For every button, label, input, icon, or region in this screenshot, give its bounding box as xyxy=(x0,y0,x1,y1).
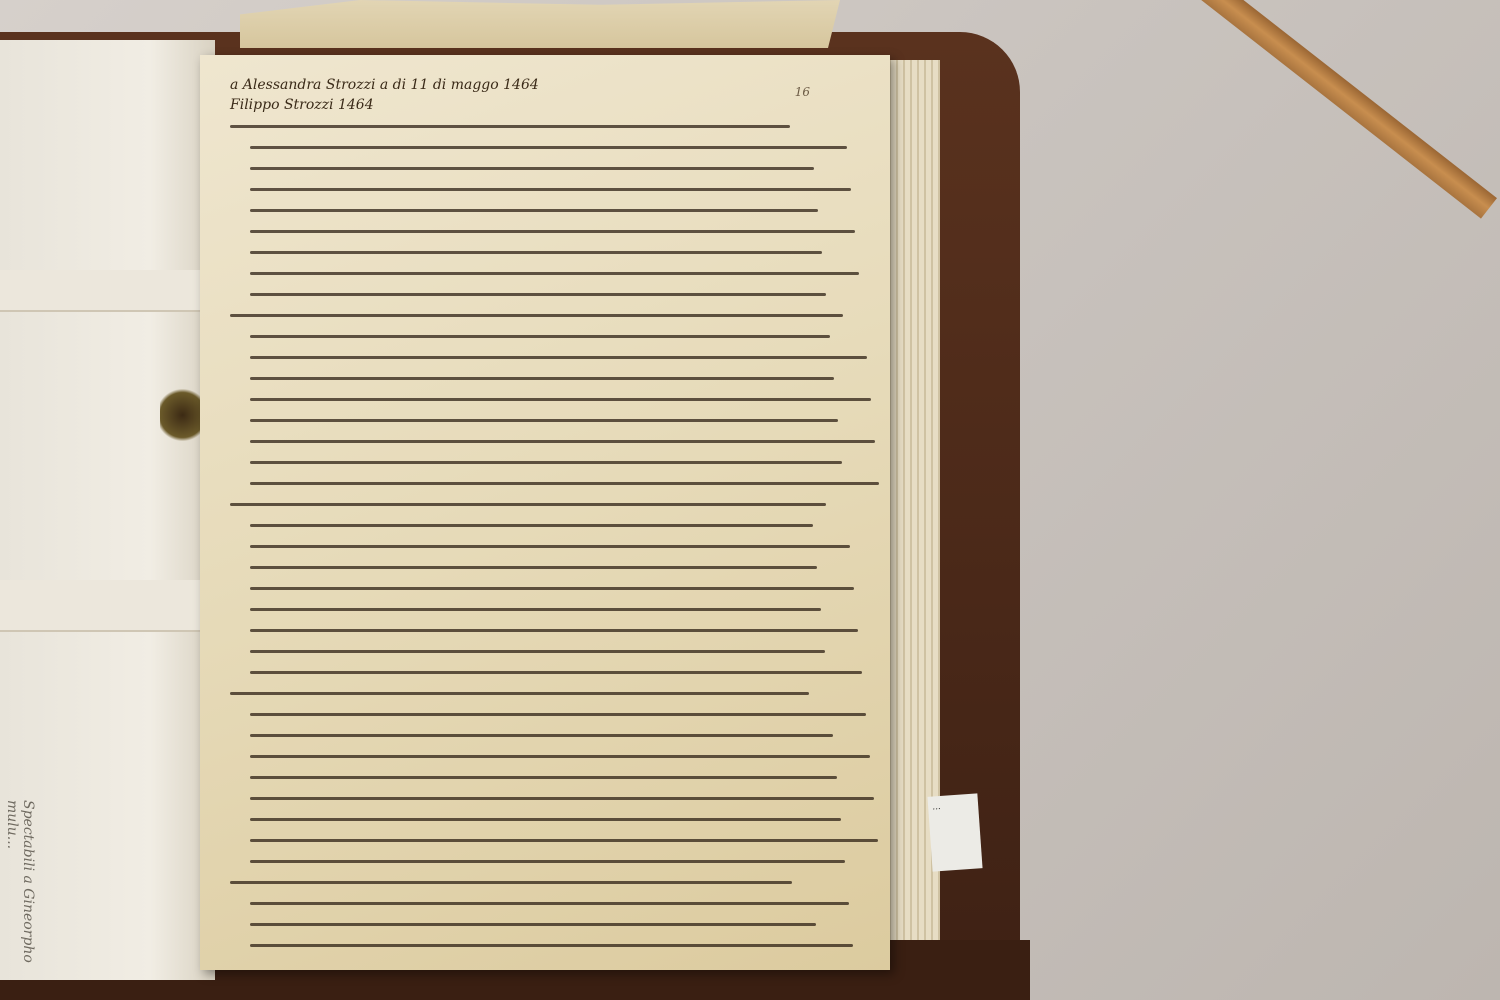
wax-seal-remnant xyxy=(160,385,205,445)
handwriting-stroke xyxy=(250,461,842,464)
handwriting-stroke xyxy=(250,860,845,863)
folded-insert xyxy=(0,580,210,632)
handwriting-stroke xyxy=(230,503,826,506)
handwriting-stroke xyxy=(250,923,816,926)
handwriting-stroke xyxy=(250,419,838,422)
header-sender: Filippo Strozzi 1464 xyxy=(230,97,374,113)
left-page: Spectabili a Gineorpho mulu... xyxy=(0,40,215,980)
handwriting-stroke xyxy=(250,188,851,191)
handwriting-stroke xyxy=(250,482,879,485)
handwriting-stroke xyxy=(250,650,825,653)
handwriting-stroke xyxy=(250,629,858,632)
torn-top-edges xyxy=(240,0,840,48)
handwriting-stroke xyxy=(250,944,853,947)
handwriting-stroke xyxy=(250,524,813,527)
handwriting-stroke xyxy=(250,230,855,233)
handwriting-stroke xyxy=(250,293,826,296)
handwriting-stroke xyxy=(250,146,847,149)
handwriting-stroke xyxy=(250,566,817,569)
handwriting-stroke xyxy=(250,398,871,401)
tag-text: ... xyxy=(927,793,978,818)
handwriting-stroke xyxy=(250,545,850,548)
handwriting-stroke xyxy=(230,692,809,695)
handwriting-stroke xyxy=(250,377,834,380)
handwriting-stroke xyxy=(250,818,841,821)
handwriting-stroke xyxy=(250,902,849,905)
handwriting-stroke xyxy=(230,314,843,317)
header-address: a Alessandra Strozzi a di 11 di maggo 14… xyxy=(230,77,539,93)
handwriting-stroke xyxy=(250,272,859,275)
handwriting-stroke xyxy=(250,587,854,590)
handwriting-stroke xyxy=(250,755,870,758)
handwriting-stroke xyxy=(250,839,878,842)
handwriting-stroke xyxy=(250,797,874,800)
folio-number: 16 xyxy=(795,85,810,99)
handwriting-stroke xyxy=(250,440,875,443)
handwriting-stroke xyxy=(250,209,818,212)
handwriting-stroke xyxy=(250,776,837,779)
handwriting-stroke xyxy=(250,335,830,338)
left-margin-note: Spectabili a Gineorpho mulu... xyxy=(4,800,36,980)
handwriting-stroke xyxy=(250,671,862,674)
handwriting-stroke xyxy=(230,881,792,884)
handwriting-stroke xyxy=(250,713,866,716)
folded-insert xyxy=(0,270,210,312)
manuscript-page: a Alessandra Strozzi a di 11 di maggo 14… xyxy=(200,55,890,970)
handwriting-stroke xyxy=(250,167,814,170)
handwriting-stroke xyxy=(250,356,867,359)
handwriting-stroke xyxy=(250,251,822,254)
handwriting-stroke xyxy=(250,734,833,737)
paper-tag: ... xyxy=(927,793,982,871)
handwriting-stroke xyxy=(250,608,821,611)
handwriting-stroke xyxy=(230,125,790,128)
